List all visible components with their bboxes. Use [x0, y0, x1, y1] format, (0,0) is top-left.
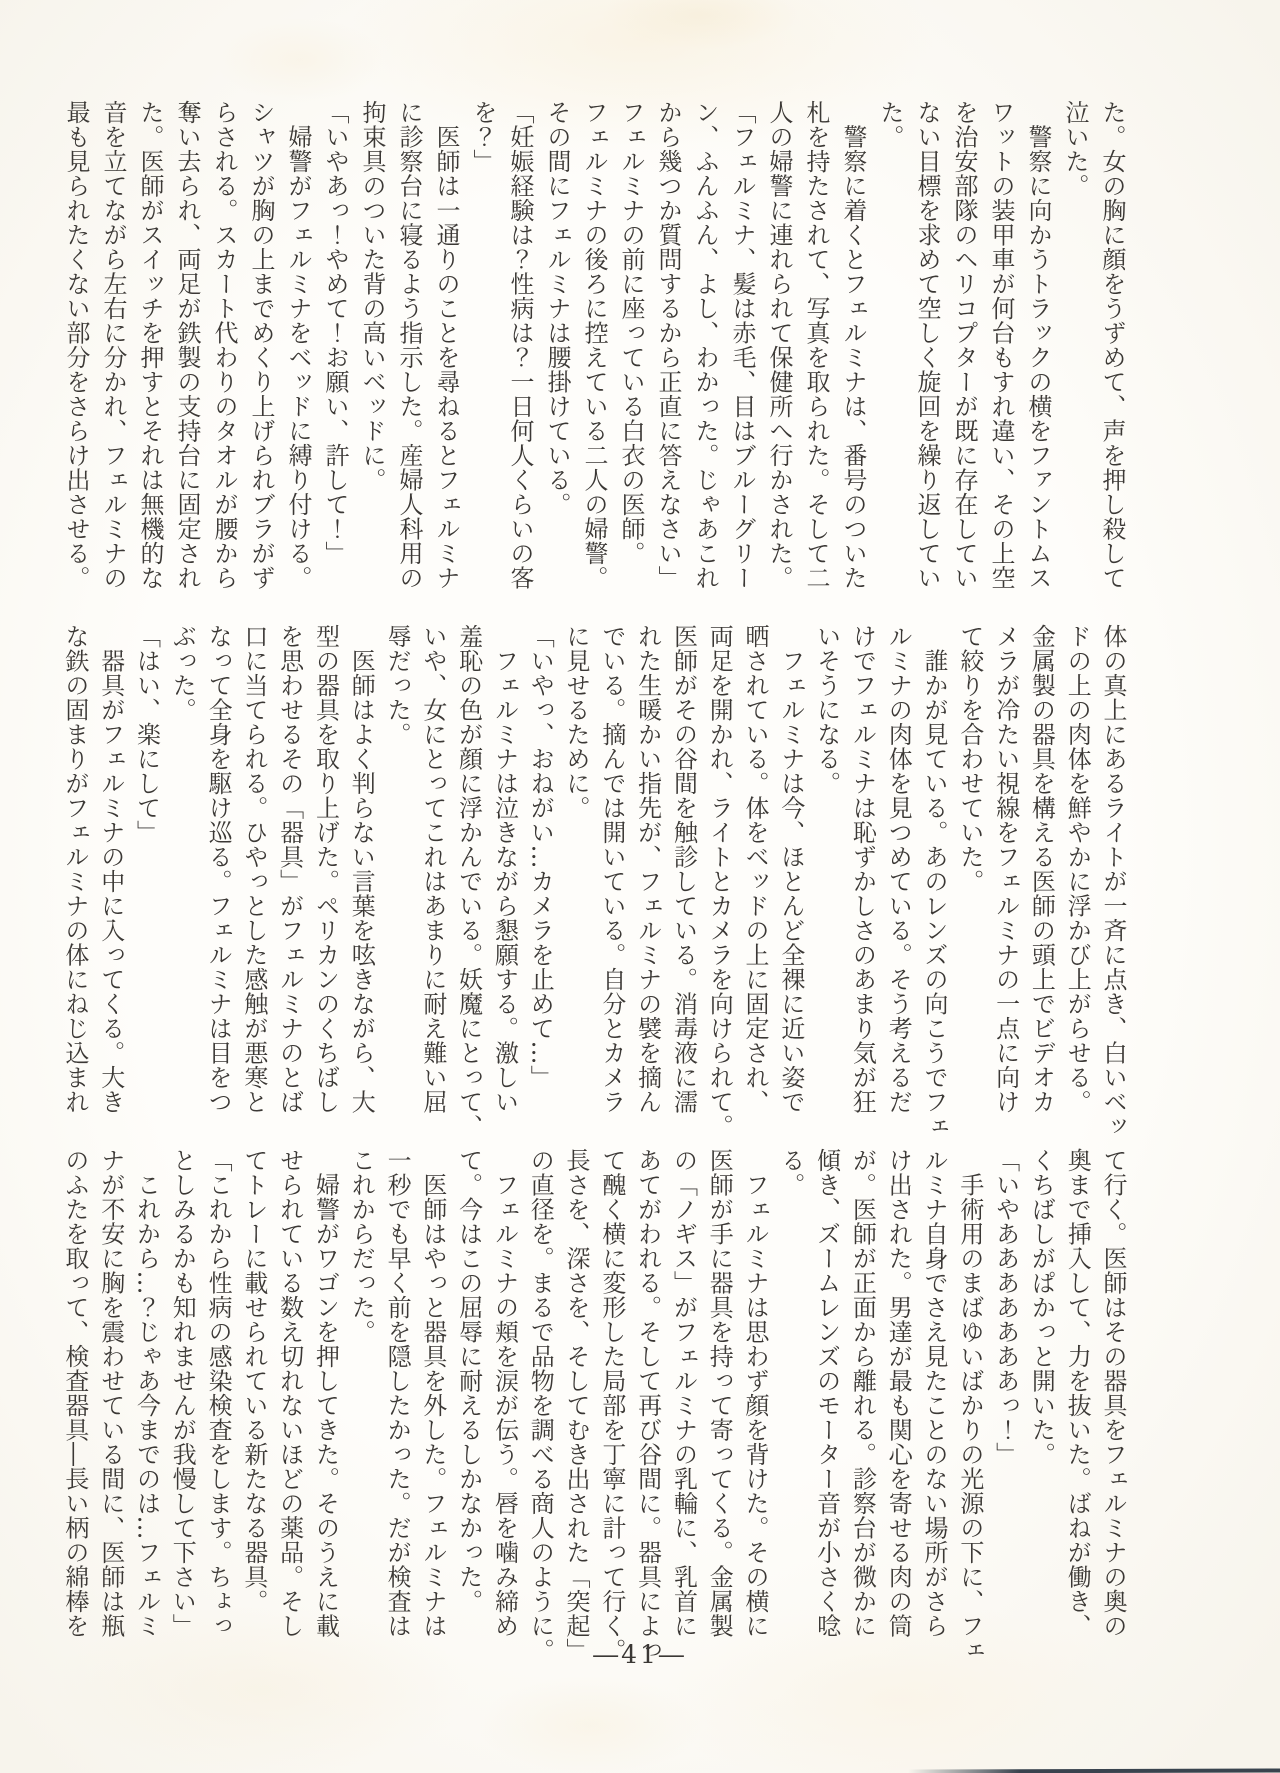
text-column: に見せるために。 [557, 624, 593, 1142]
text-column: 「はい、楽にして」 [128, 624, 164, 1142]
text-column: ルミナの肉体を見つめている。そう考えるだ [879, 624, 915, 1142]
scanned-page: { "page": { "number_label": "―41―", "pap… [0, 0, 1280, 1773]
text-column: シャツが胸の上までめくり上げられブラがず [242, 100, 279, 618]
text-column: でいる。摘んでは開いている。自分とカメラ [593, 624, 629, 1142]
scan-artifact-line [908, 1769, 1280, 1773]
text-column: が。医師が正面から離れる。診察台が微かに [844, 1148, 880, 1666]
text-column: 型の器具を取り上げた。ペリカンのくちばし [307, 624, 343, 1142]
text-column: 拘束具のついた背の高いベッドに。 [353, 100, 390, 618]
text-column: としみるかも知れませんが我慢して下さい」 [163, 1148, 199, 1666]
text-column: いそうになる。 [808, 624, 844, 1142]
text-column: 婦警がワゴンを押してきた。そのうえに載 [307, 1148, 343, 1666]
text-column: を思わせるその「器具」がフェルミナのとば [271, 624, 307, 1142]
text-column: 最も見られたくない部分をさらけ出させる。 [57, 100, 94, 618]
text-column: 晒されている。体をベッドの上に固定され、 [736, 624, 772, 1142]
text-column: 「妊娠経験は？性病は？一日何人くらいの客 [501, 100, 538, 618]
text-column: の「ノギス」がフェルミナの乳輪に、乳首に [665, 1148, 701, 1666]
text-column: て醜く横に変形した局部を丁寧に計って行く。 [593, 1148, 629, 1666]
text-column: て絞りを合わせていた。 [951, 624, 987, 1142]
text-column: せられている数え切れないほどの薬品。そし [271, 1148, 307, 1666]
text-column: 体の真上にあるライトが一斉に点き、白いベッ [1094, 624, 1130, 1142]
text-column: る。 [772, 1148, 808, 1666]
text-column: てトレーに載せられている新たなる器具。 [235, 1148, 271, 1666]
text-column: ぶった。 [163, 624, 199, 1142]
text-column: フェルミナは思わず顔を背けた。その横に [736, 1148, 772, 1666]
text-column: の直径を。まるで品物を調べる商人のように。 [521, 1148, 557, 1666]
text-column: を治安部隊のヘリコプターが既に存在してい [945, 100, 982, 618]
text-column: 婦警がフェルミナをベッドに縛り付ける。 [279, 100, 316, 618]
text-column: 音を立てながら左右に分かれ、フェルミナの [94, 100, 131, 618]
text-column: その間にフェルミナは腰掛けている。 [538, 100, 575, 618]
text-column: に診察台に寝るよう指示した。産婦人科用の [390, 100, 427, 618]
text-column: けでフェルミナは恥ずかしさのあまり気が狂 [844, 624, 880, 1142]
text-column: 一秒でも早く前を隠したかった。だが検査は [378, 1148, 414, 1666]
text-column: 人の婦警に連れられて保健所へ行かされた。 [760, 100, 797, 618]
text-column: 「いやっ、おねがい…カメラを止めて…」 [521, 624, 557, 1142]
text-column: これからだった。 [342, 1148, 378, 1666]
text-column: のふたを取って、検査器具―長い柄の綿棒を [56, 1148, 92, 1666]
text-column: 「これから性病の感染検査をします。ちょっ [199, 1148, 235, 1666]
text-column: 「いやあああああああっ！」 [987, 1148, 1023, 1666]
text-column: け出された。男達が最も関心を寄せる肉の筒 [879, 1148, 915, 1666]
text-column: 医師はよく判らない言葉を呟きながら、大 [342, 624, 378, 1142]
text-column: 器具がフェルミナの中に入ってくる。大き [92, 624, 128, 1142]
text-column: ルミナ自身でさえ見たことのない場所がさら [915, 1148, 951, 1666]
text-column: 医師がその谷間を触診している。消毒液に濡 [665, 624, 701, 1142]
text-column: くちばしがぱかっと開いた。 [1023, 1148, 1059, 1666]
text-column: 「いやあっ！やめて！お願い、許して！」 [316, 100, 353, 618]
text-column: 「フェルミナ、髪は赤毛、目はブルーグリー [723, 100, 760, 618]
text-column: 口に当てられる。ひやっとした感触が悪寒と [235, 624, 271, 1142]
text-column: 奥まで挿入して、力を抜いた。ばねが働き、 [1058, 1148, 1094, 1666]
text-column: 泣いた。 [1056, 100, 1093, 618]
text-column: 両足を開かれ、ライトとカメラを向けられて。 [700, 624, 736, 1142]
text-column: て行く。医師はその器具をフェルミナの奥の [1094, 1148, 1130, 1666]
text-column: た。医師がスイッチを押すとそれは無機的な [131, 100, 168, 618]
text-column: あてがわれる。そして再び谷間に。器具によっ [629, 1148, 665, 1666]
text-column: フェルミナは今、ほとんど全裸に近い姿で [772, 624, 808, 1142]
text-column: を？」 [464, 100, 501, 618]
text-column: フェルミナの前に座っている白衣の医師。 [612, 100, 649, 618]
text-column: 奪い去られ、両足が鉄製の支持台に固定され [168, 100, 205, 618]
text-column: 羞恥の色が顔に浮かんでいる。妖魔にとって、 [450, 624, 486, 1142]
text-column: ワットの装甲車が何台もすれ違い、その上空 [982, 100, 1019, 618]
text-column: た。 [871, 100, 908, 618]
text-column: 誰かが見ている。あのレンズの向こうでフェ [915, 624, 951, 1142]
text-column: なって全身を駆け巡る。フェルミナは目をつ [199, 624, 235, 1142]
text-column: フェルミナは泣きながら懇願する。激しい [486, 624, 522, 1142]
text-band-2: 体の真上にあるライトが一斉に点き、白いベッドの上の肉体を鮮やかに浮かび上がらせる… [55, 624, 1130, 1142]
text-column: れた生暖かい指先が、フェルミナの襞を摘ん [629, 624, 665, 1142]
text-column: て。今はこの屈辱に耐えるしかなかった。 [450, 1148, 486, 1666]
text-column: 札を持たされて、写真を取られた。そして二 [797, 100, 834, 618]
text-column: ン、ふんふん、よし、わかった。じゃあこれ [686, 100, 723, 618]
text-column: らされる。スカート代わりのタオルが腰から [205, 100, 242, 618]
text-column: 警察に着くとフェルミナは、番号のついた [834, 100, 871, 618]
text-column: から幾つか質問するから正直に答えなさい」 [649, 100, 686, 618]
text-column: 金属製の器具を構える医師の頭上でビデオカ [1023, 624, 1059, 1142]
text-column: 手術用のまばゆいばかりの光源の下に、フェ [951, 1148, 987, 1666]
page-number: ―41― [0, 1640, 1280, 1669]
text-column: ない目標を求めて空しく旋回を繰り返してい [908, 100, 945, 618]
text-column: た。女の胸に顔をうずめて、声を押し殺して [1093, 100, 1130, 618]
text-column: な鉄の固まりがフェルミナの体にねじ込まれ [56, 624, 92, 1142]
text-column: 辱だった。 [378, 624, 414, 1142]
text-column: メラが冷たい視線をフェルミナの一点に向け [987, 624, 1023, 1142]
text-column: 長さを、深さを、そしてむき出された「突起」 [557, 1148, 593, 1666]
text-column: ナが不安に胸を震わせている間に、医師は瓶 [92, 1148, 128, 1666]
text-column: 医師が手に器具を持って寄ってくる。金属製 [700, 1148, 736, 1666]
text-column: いや、女にとってこれはあまりに耐え難い屈 [414, 624, 450, 1142]
text-column: 傾き、ズームレンズのモーター音が小さく唸 [808, 1148, 844, 1666]
text-column: フェルミナの後ろに控えている二人の婦警。 [575, 100, 612, 618]
text-column: 医師は一通りのことを尋ねるとフェルミナ [427, 100, 464, 618]
text-column: これから…？じゃあ今までのは…フェルミ [128, 1148, 164, 1666]
text-column: ドの上の肉体を鮮やかに浮かび上がらせる。 [1058, 624, 1094, 1142]
text-band-1: た。女の胸に顔をうずめて、声を押し殺して泣いた。 警察に向かうトラックの横をファ… [55, 100, 1130, 618]
text-column: 医師はやっと器具を外した。フェルミナは [414, 1148, 450, 1666]
text-column: 警察に向かうトラックの横をファントムス [1019, 100, 1056, 618]
text-column: フェルミナの頬を涙が伝う。唇を噛み締め [486, 1148, 522, 1666]
text-band-3: て行く。医師はその器具をフェルミナの奥の奥まで挿入して、力を抜いた。ばねが働き、… [55, 1148, 1130, 1666]
